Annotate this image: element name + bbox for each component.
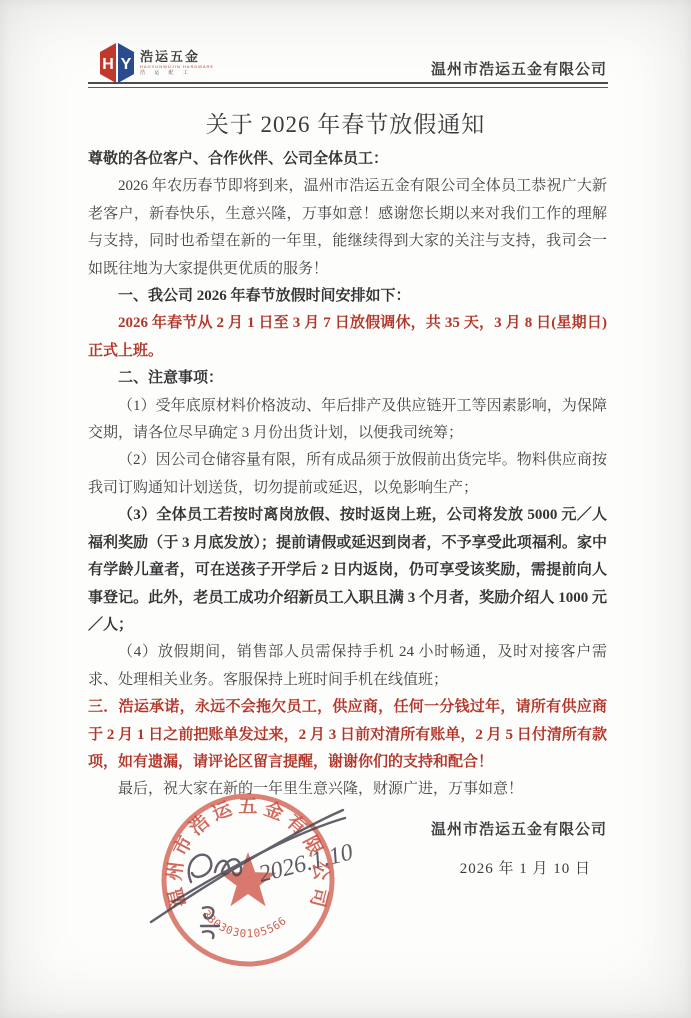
company-seal-stamp: 温州市浩运五金有限公司 3303030105566 2026.1.10 [143, 780, 373, 990]
company-logo-icon: H Y [98, 42, 136, 84]
document-body: 尊敬的各位客户、合作伙伴、公司全体员工： 2026 年农历春节即将到来，温州市浩… [88, 146, 607, 804]
section3-promise: 三．浩运承诺，永远不会拖欠员工，供应商，任何一分钱过年，请所有供应商于 2 月 … [88, 694, 607, 776]
logo-subtitle-cn: 浩 运 配 工 [140, 71, 214, 76]
header-company-name: 温州市浩运五金有限公司 [431, 58, 607, 79]
notice-item-1: （1）受年底原材料价格波动、年后排产及供应链开工等因素影响，为保障交期，请各位尽… [88, 393, 607, 448]
logo-name: 浩运五金 [140, 50, 214, 63]
greeting-line: 尊敬的各位客户、合作伙伴、公司全体员工： [88, 146, 607, 173]
section2-heading: 二、注意事项： [88, 365, 607, 392]
page-title: 关于 2026 年春节放假通知 [0, 106, 691, 139]
signature-company: 温州市浩运五金有限公司 [431, 818, 607, 839]
header-divider [88, 82, 608, 88]
letterhead: H Y 浩运五金 HAOYUNWUJIN HARDWARE 浩 运 配 工 温州… [0, 0, 691, 90]
section1-holiday-dates: 2026 年春节从 2 月 1 日至 3 月 7 日放假调休，共 35 天，3 … [88, 310, 607, 365]
document-page: H Y 浩运五金 HAOYUNWUJIN HARDWARE 浩 运 配 工 温州… [0, 0, 691, 1018]
notice-item-3: （3）全体员工若按时离岗放假、按时返岗上班，公司将发放 5000 元／人福利奖励… [88, 502, 607, 639]
svg-text:H: H [102, 56, 114, 73]
company-logo: H Y 浩运五金 HAOYUNWUJIN HARDWARE 浩 运 配 工 [98, 42, 214, 84]
logo-subtitle-en: HAOYUNWUJIN HARDWARE [140, 65, 214, 69]
notice-item-4: （4）放假期间，销售部人员需保持手机 24 小时畅通，及时对接客户需求、处理相关… [88, 639, 607, 694]
signature-block: 温州市浩运五金有限公司 2026 年 1 月 10 日 [431, 818, 607, 878]
svg-text:Y: Y [121, 56, 132, 73]
notice-item-2: （2）因公司仓储容量有限，所有成品须于放假前出货完毕。物料供应商按我司订购通知计… [88, 447, 607, 502]
section1-heading: 一、我公司 2026 年春节放假时间安排如下： [88, 283, 607, 310]
intro-paragraph: 2026 年农历春节即将到来，温州市浩运五金有限公司全体员工恭祝广大新老客户，新… [88, 173, 607, 283]
signature-date: 2026 年 1 月 10 日 [431, 857, 591, 878]
logo-text: 浩运五金 HAOYUNWUJIN HARDWARE 浩 运 配 工 [140, 50, 214, 76]
